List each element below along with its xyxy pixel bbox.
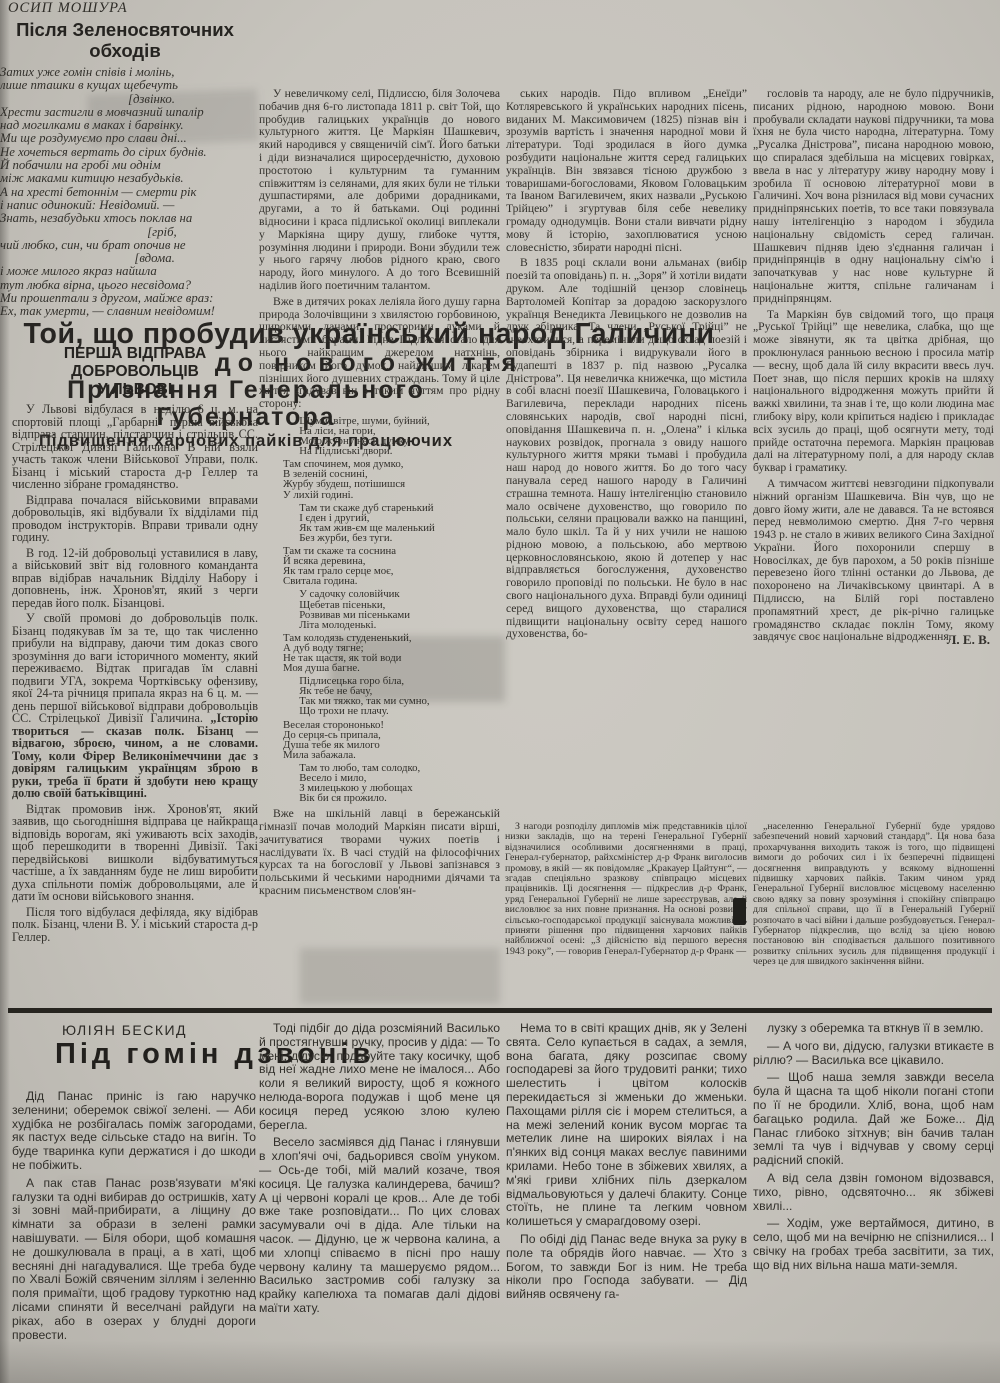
- poem-line: [гріб,: [0, 226, 250, 239]
- article-paragraph: В 1835 році склали вони альманах (вибір …: [506, 257, 747, 641]
- poem-line: У садочку соловійчик: [283, 589, 500, 599]
- poem-line: Хрести застигли в мовчазний шпалір: [0, 106, 250, 119]
- article-paragraph: А пак став Панас розв'язувати м'які галу…: [12, 1177, 256, 1343]
- article-paragraph: В год. 12-ій добровольці уставилися в ла…: [12, 547, 258, 610]
- bells-article-column-4: лузку з оберемка та вткнув її в землю.— …: [753, 1022, 994, 1378]
- volunteers-title-line1: ПЕРША ВІДПРАВА ДОБРОВОЛЬЦІВ: [12, 345, 258, 381]
- article-paragraph: Вже в дитячих роках леліяла його душу га…: [259, 296, 500, 411]
- poem-line: між маками китицю незабудьків.: [0, 172, 250, 185]
- bells-article-column-1: Дід Панас приніс із гаю наручко зеленини…: [12, 1090, 256, 1376]
- poem-title-line2: обходів: [0, 40, 250, 61]
- bells-article-column-3: Нема то в світі кращих днів, як у Зелені…: [506, 1022, 747, 1378]
- article-paragraph: Нема то в світі кращих днів, як у Зелені…: [506, 1022, 747, 1229]
- article-paragraph: Відтак промовив інж. Хронов'ят, який зая…: [12, 803, 258, 903]
- poem-title: Після Зеленосвяточних обходів: [0, 19, 250, 61]
- article-paragraph: „населенню Генеральної Губернії буде уря…: [753, 822, 995, 968]
- poem-line: і може милого якраз найшла: [0, 265, 250, 278]
- article-paragraph: У Львові відбулася в неділю 6 ц. м. на с…: [12, 403, 258, 491]
- poem-line: тут любка вірна, цього несвідома?: [0, 279, 250, 292]
- poem-line: [вдома.: [0, 252, 250, 265]
- main-article-column-3: гословів та народу, але не було підручни…: [753, 88, 994, 764]
- main-article-text-after-poem: Вже на шкільній лавці в бережанській гім…: [259, 808, 500, 898]
- article-paragraph: У своїй промові до добровольців полк. Бі…: [12, 612, 258, 800]
- volunteers-article-text: У Львові відбулася в неділю 6 ц. м. на с…: [12, 403, 258, 609]
- page-edge-shadow: [0, 0, 10, 1383]
- poem-line: Затих уже гомін співів і молінь,: [0, 66, 250, 79]
- article-paragraph: А тимчасом життєві невзгодини підкопувал…: [753, 478, 994, 644]
- poem-line: Знать, незабудьки хтось поклав на: [0, 212, 250, 225]
- main-article-column-2: ських народів. Підо впливом „Енеїди” Кот…: [506, 88, 747, 762]
- article-paragraph: З нагоди розподілу дипломів між представ…: [505, 822, 747, 957]
- section-divider-rule: [8, 1008, 992, 1013]
- article-paragraph: У невеличкому селі, Підлиссю, біля Золоч…: [259, 88, 500, 293]
- page-edge-shadow: [0, 1340, 1000, 1383]
- poem-title-line1: Після Зеленосвяточних: [0, 19, 250, 40]
- poem-line: і напис одинокий: Невідомий. —: [0, 199, 250, 212]
- article-paragraph: — А чого ви, дідусю, галузки втикаєте в …: [753, 1040, 994, 1068]
- article-paragraph: По обіді дід Панас веде внука за руку в …: [506, 1233, 747, 1302]
- bells-author-byline: ЮЛІЯН БЕСКИД: [62, 1022, 187, 1038]
- poem-line: На Підлиські двори.: [283, 446, 500, 456]
- poem-line: чий любко, син, чи брат опочив не: [0, 239, 250, 252]
- volunteers-title-line2: У ЛЬВОВІ: [12, 381, 258, 399]
- article-paragraph: Після того відбулася дефіляда, яку відіб…: [12, 906, 258, 944]
- bells-article-column-2: Тоді підбіг до діда розсміяний Василько …: [259, 1022, 500, 1378]
- article-paragraph: А від села дзвін гомоном відозвався, тих…: [753, 1172, 994, 1213]
- article-paragraph: Весело засміявся дід Панас і глянувши в …: [259, 1136, 500, 1315]
- poem-line: Ми ще роздумуємо про слави дні...: [0, 132, 250, 145]
- poem-line: лише пташки в кущах щебечуть: [0, 79, 250, 92]
- poem-line: над могилками в маках і барвінку.: [0, 119, 250, 132]
- volunteers-article: ПЕРША ВІДПРАВА ДОБРОВОЛЬЦІВ У ЛЬВОВІ У Л…: [12, 345, 258, 1008]
- main-article-column-1: У невеличкому селі, Підлиссю, біля Золоч…: [259, 88, 500, 1006]
- article-paragraph: гословів та народу, але не було підручни…: [753, 88, 994, 306]
- shashkevych-poem: Шуми, вітре, шуми, буйний, На ліси, на г…: [283, 416, 500, 803]
- poem-line: Ми прошептали з другом, майже враз:: [0, 292, 250, 305]
- article-paragraph: Та Маркіян був свідомий того, що праця „…: [753, 309, 994, 475]
- governor-article-column-2: „населенню Генеральної Губернії буде уря…: [753, 822, 995, 1010]
- poem-line: Без журби, без туги.: [283, 533, 500, 543]
- article-paragraph: ських народів. Підо впливом „Енеїди” Кот…: [506, 88, 747, 254]
- main-article-text: гословів та народу, але не було підручни…: [753, 88, 994, 644]
- poem-author-byline: ОСИП МОШУРА: [0, 0, 250, 17]
- volunteers-article-text: Відтак промовив інж. Хронов'ят, який зая…: [12, 803, 258, 944]
- article-paragraph: лузку з оберемка та вткнув її в землю.: [753, 1022, 994, 1036]
- poem-line: Літа молоденькі.: [283, 620, 500, 630]
- poem-line: Й побачили на гробі ми однім: [0, 159, 250, 172]
- paragraph-text: У своїй промові до добровольців полк. Бі…: [12, 611, 258, 725]
- article-paragraph: Тоді підбіг до діда розсміяний Василько …: [259, 1022, 500, 1132]
- poem-line: Вік би ся прожило.: [283, 793, 500, 803]
- poem-body: Затих уже гомін співів і молінь,лише пта…: [0, 66, 250, 319]
- poem-line: Що трохи не плачу.: [283, 706, 500, 716]
- article-paragraph: Вже на шкільній лавці в бережанській гім…: [259, 808, 500, 898]
- poem-line: Мила забажала.: [283, 750, 500, 760]
- poem-line: Ех, так умерти, — славним невідомим!: [0, 305, 250, 318]
- newspaper-page: ОСИП МОШУРА Після Зеленосвяточних обході…: [0, 0, 1000, 1383]
- paragraph-bold-quote: „Історію твориться — сказав полк. Бізанц…: [12, 711, 258, 800]
- poem-article: ОСИП МОШУРА Після Зеленосвяточних обході…: [0, 0, 250, 319]
- poem-line: [дзвінко.: [0, 93, 250, 106]
- poem-line: Моя душа багне.: [283, 663, 500, 673]
- main-article-text: У невеличкому селі, Підлиссю, біля Золоч…: [259, 88, 500, 411]
- article-paragraph: — Ходім, уже вертаймося, дитино, в село,…: [753, 1217, 994, 1272]
- article-paragraph: — Щоб наша земля завжди весела була й ща…: [753, 1071, 994, 1168]
- article-paragraph: Дід Панас приніс із гаю наручко зеленини…: [12, 1090, 256, 1173]
- article-paragraph: Відправа почалася військовими вправами д…: [12, 494, 258, 544]
- poem-line: У лихій годині.: [283, 490, 500, 500]
- governor-article-column-1: З нагоди розподілу дипломів між представ…: [505, 822, 747, 1010]
- ink-blot: [733, 898, 746, 925]
- volunteers-article-title: ПЕРША ВІДПРАВА ДОБРОВОЛЬЦІВ У ЛЬВОВІ: [12, 345, 258, 399]
- poem-line: А на хресті бетоннім — смерти рік: [0, 186, 250, 199]
- poem-line: Свитала година.: [283, 576, 500, 586]
